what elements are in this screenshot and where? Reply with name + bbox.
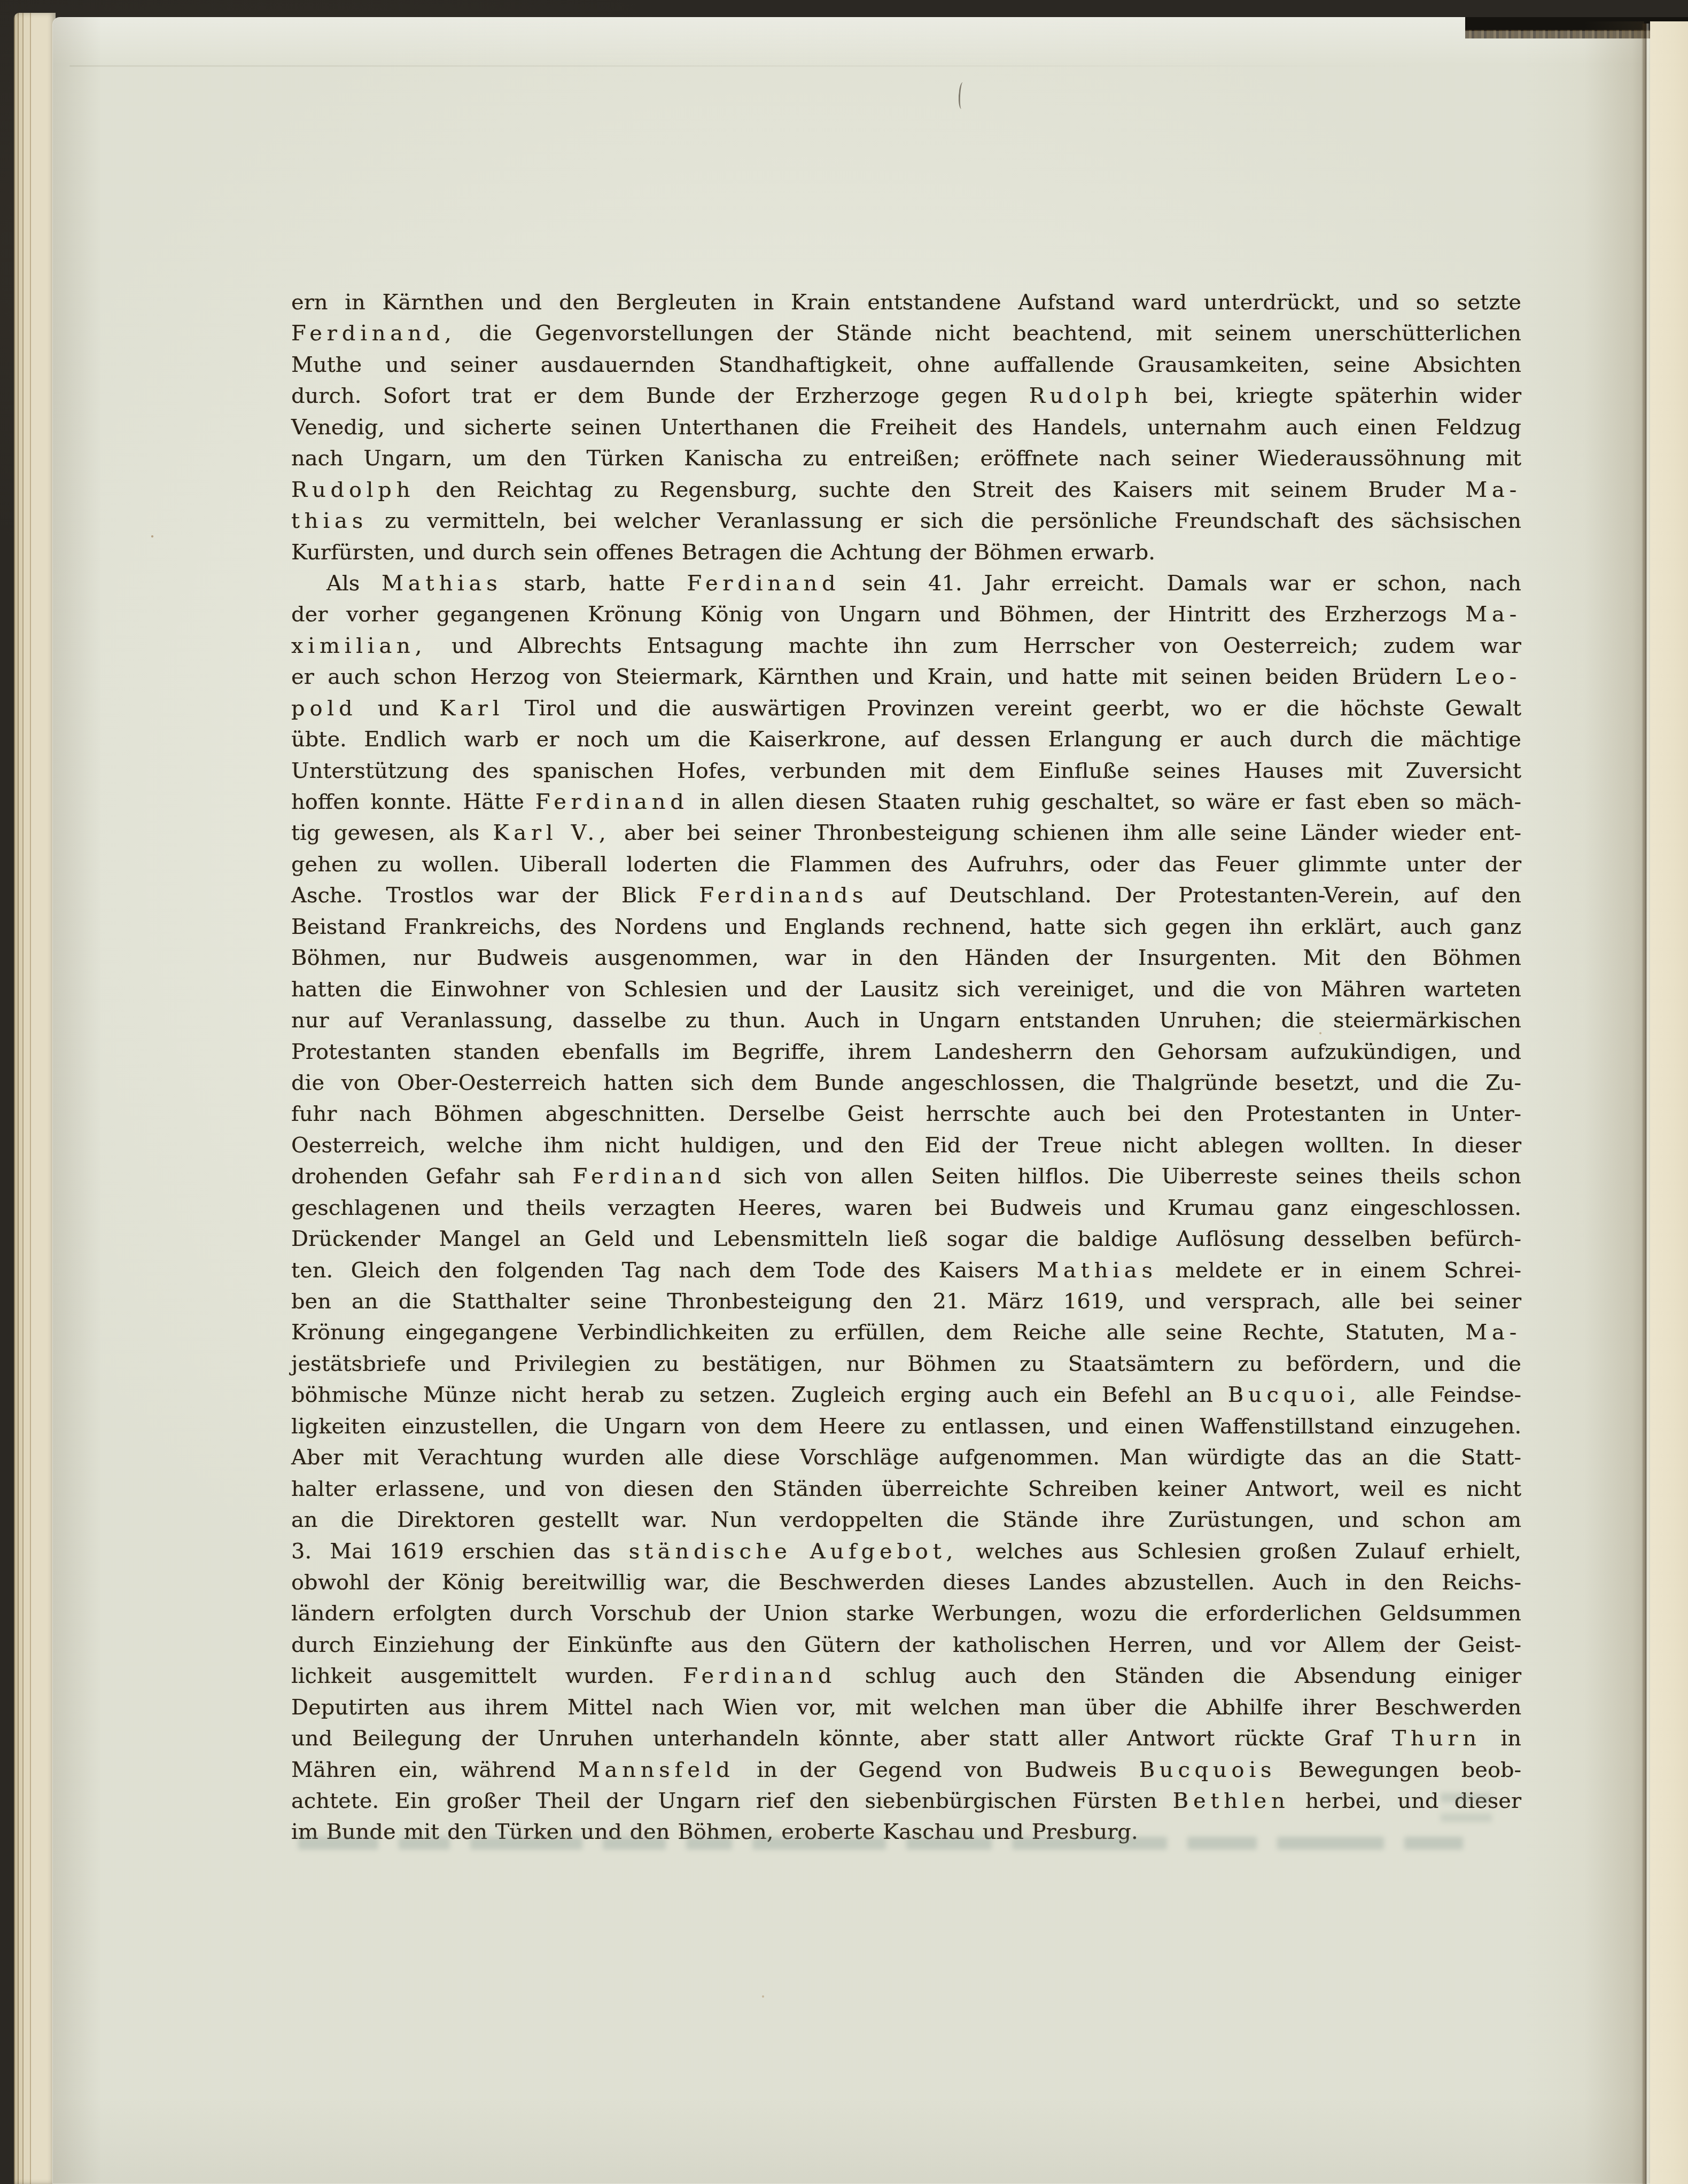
text-line: gehen zu wollen. Uiberall loderten die F… [291, 849, 1521, 880]
text-line: hatten die Einwohner von Schlesien und d… [291, 974, 1521, 1005]
letterspaced-name: Thurn [1392, 1726, 1481, 1751]
letterspaced-name: pold [291, 696, 357, 721]
text-line: Venedig, und sicherte seinen Unterthanen… [291, 412, 1521, 443]
text-line: Asche. Trostlos war der Blick Ferdinands… [291, 880, 1521, 911]
text-line: die von Ober-Oesterreich hatten sich dem… [291, 1067, 1521, 1098]
text-line: Ferdinand, die Gegenvorstellungen der St… [291, 318, 1521, 349]
facing-page-strip [1650, 21, 1688, 2184]
text-line: geschlagenen und theils verzagten Heeres… [291, 1192, 1521, 1223]
letterspaced-name: Aufgebot, [810, 1539, 958, 1564]
text-block: ern in Kärnthen und den Bergleuten in Kr… [291, 287, 1521, 1848]
text-line: nur auf Veranlassung, dasselbe zu thun. … [291, 1005, 1521, 1036]
text-line: durch. Sofort trat er dem Bunde der Erzh… [291, 380, 1521, 411]
text-line: tig gewesen, als Karl V., aber bei seine… [291, 817, 1521, 848]
text-line: fuhr nach Böhmen abgeschnitten. Derselbe… [291, 1098, 1521, 1129]
letterspaced-name: thias [291, 509, 368, 533]
letterspaced-name: ximilian, [291, 634, 426, 658]
text-line: Krönung eingegangene Verbindlichkeiten z… [291, 1317, 1521, 1348]
text-line: lichkeit ausgemittelt wurden. Ferdinand … [291, 1660, 1521, 1691]
letterspaced-name: Ferdinand [535, 790, 689, 814]
text-line: Mähren ein, während Mannsfeld in der Geg… [291, 1754, 1521, 1785]
text-line: an die Direktoren gestellt war. Nun verd… [291, 1504, 1521, 1535]
letterspaced-name: Karl [439, 696, 504, 721]
text-line: ximilian, und Albrechts Entsagung machte… [291, 630, 1521, 661]
text-line: ländern erfolgten durch Vorschub der Uni… [291, 1598, 1521, 1629]
letterspaced-name: Ferdinand [573, 1164, 726, 1189]
text-line: er auch schon Herzog von Steiermark, Kär… [291, 661, 1521, 692]
letterspaced-name: Ferdinand, [291, 321, 456, 346]
text-line: böhmische Münze nicht herab zu setzen. Z… [291, 1379, 1521, 1410]
text-line: Beistand Frankreichs, des Nordens und En… [291, 911, 1521, 942]
letterspaced-name: Rudolph [1029, 384, 1153, 408]
letterspaced-name: Rudolph [291, 478, 415, 502]
letterspaced-name: V., [571, 821, 611, 845]
letterspaced-name: Mathias [382, 571, 502, 596]
text-line: Rudolph den Reichtag zu Regensburg, such… [291, 474, 1521, 505]
text-line: nach Ungarn, um den Türken Kanischa zu e… [291, 443, 1521, 474]
text-line: ten. Gleich den folgenden Tag nach dem T… [291, 1255, 1521, 1286]
text-line: obwohl der König bereitwillig war, die B… [291, 1567, 1521, 1598]
text-line: Unterstützung des spanischen Hofes, verb… [291, 755, 1521, 786]
bleed-through-blob [1441, 1793, 1492, 1830]
text-line: thias zu vermitteln, bei welcher Veranla… [291, 505, 1521, 536]
letterspaced-name: ständische [629, 1539, 792, 1564]
letterspaced-name: Ma- [1465, 1320, 1521, 1345]
letterspaced-name: Mannsfeld [578, 1758, 735, 1782]
letterspaced-name: Ferdinand [683, 1664, 836, 1688]
book-page-scan: ern in Kärnthen und den Bergleuten in Kr… [0, 0, 1688, 2184]
text-line: halter erlassene, und von diesen den Stä… [291, 1473, 1521, 1504]
text-line: 3. Mai 1619 erschien das ständische Aufg… [291, 1536, 1521, 1567]
letterspaced-name: Karl [493, 821, 558, 845]
text-line: hoffen konnte. Hätte Ferdinand in allen … [291, 786, 1521, 817]
text-line: jestätsbriefe und Privilegien zu bestäti… [291, 1348, 1521, 1379]
letterspaced-name: Leo- [1456, 665, 1521, 689]
text-line: Als Mathias starb, hatte Ferdinand sein … [291, 568, 1521, 599]
letterspaced-name: Ferdinands [699, 883, 868, 908]
letterspaced-name: Ma- [1465, 602, 1521, 627]
text-line: ligkeiten einzustellen, die Ungarn von d… [291, 1411, 1521, 1442]
text-line: Kurfürsten, und durch sein offenes Betra… [291, 537, 1521, 568]
page-edges-stack [14, 13, 56, 2184]
text-line: der vorher gegangenen Krönung König von … [291, 599, 1521, 630]
paper-crease [69, 65, 1432, 67]
letterspaced-name: Ma- [1465, 478, 1521, 502]
text-line: Oesterreich, welche ihm nicht huldigen, … [291, 1130, 1521, 1161]
text-line: übte. Endlich warb er noch um die Kaiser… [291, 724, 1521, 755]
gutter-crease [1642, 24, 1650, 2184]
text-line: Muthe und seiner ausdauernden Standhafti… [291, 349, 1521, 380]
letterspaced-name: Ferdinand [687, 571, 841, 596]
bleed-through-band [298, 1837, 1523, 1854]
text-line: Drückender Mangel an Geld und Lebensmitt… [291, 1223, 1521, 1254]
letterspaced-name: Bucquoi, [1228, 1383, 1361, 1407]
text-line: drohenden Gefahr sah Ferdinand sich von … [291, 1161, 1521, 1192]
text-line: ern in Kärnthen und den Bergleuten in Kr… [291, 287, 1521, 318]
text-line: Aber mit Verachtung wurden alle diese Vo… [291, 1442, 1521, 1473]
text-line: Protestanten standen ebenfalls im Begrif… [291, 1036, 1521, 1067]
gutter-shadow [1584, 21, 1644, 2184]
letterspaced-name: Mathias [1037, 1258, 1157, 1283]
text-line: achtete. Ein großer Theil der Ungarn rie… [291, 1785, 1521, 1816]
letterspaced-name: Bucquois [1139, 1758, 1277, 1782]
text-line: pold und Karl Tirol und die auswärtigen … [291, 693, 1521, 724]
text-line: ben an die Statthalter seine Thronbestei… [291, 1286, 1521, 1317]
text-line: Böhmen, nur Budweis ausgenommen, war in … [291, 942, 1521, 973]
text-line: durch Einziehung der Einkünfte aus den G… [291, 1629, 1521, 1660]
letterspaced-name: Bethlen [1173, 1789, 1290, 1813]
text-line: und Beilegung der Unruhen unterhandeln k… [291, 1723, 1521, 1754]
text-line: Deputirten aus ihrem Mittel nach Wien vo… [291, 1692, 1521, 1723]
